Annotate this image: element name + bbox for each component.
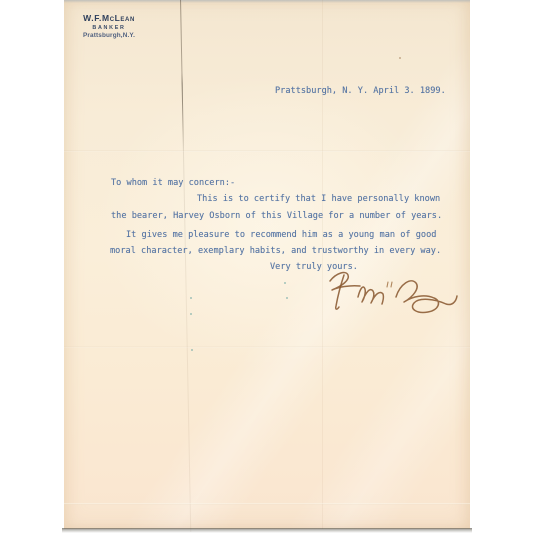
ink-speck	[191, 349, 193, 351]
horizontal-fold-crease-3	[64, 503, 470, 505]
paper-top-edge	[64, 0, 470, 3]
signature-scrawl	[320, 266, 460, 318]
body-line-4: moral character, exemplary habits, and t…	[110, 246, 441, 256]
paper-bottom-shadow	[62, 528, 472, 533]
paper-speck	[399, 57, 401, 59]
body-line-3: It gives me pleasure to recommend him as…	[126, 230, 436, 240]
ink-speck	[190, 313, 192, 315]
ink-speck	[190, 297, 192, 299]
letterhead-location: Prattsburgh,N.Y.	[76, 32, 142, 40]
horizontal-fold-crease-1	[64, 150, 470, 152]
letter-paper: W.F.McLean BANKER Prattsburgh,N.Y. Pratt…	[64, 0, 470, 529]
scan-background: W.F.McLean BANKER Prattsburgh,N.Y. Pratt…	[0, 0, 533, 533]
letterhead-name: W.F.McLean	[76, 14, 142, 23]
ink-speck	[286, 297, 288, 299]
body-line-2: the bearer, Harvey Osborn of this Villag…	[111, 211, 442, 221]
body-line-1: This is to certify that I have personall…	[197, 194, 440, 204]
ink-speck	[284, 282, 286, 284]
letterhead-title: BANKER	[76, 24, 142, 32]
salutation: To whom it may concern:-	[111, 178, 235, 188]
letterhead: W.F.McLean BANKER Prattsburgh,N.Y.	[76, 14, 142, 40]
dateline: Prattsburgh, N. Y. April 3. 1899.	[275, 86, 446, 96]
horizontal-fold-crease-2	[64, 346, 470, 348]
vertical-fold-crease	[180, 0, 191, 532]
